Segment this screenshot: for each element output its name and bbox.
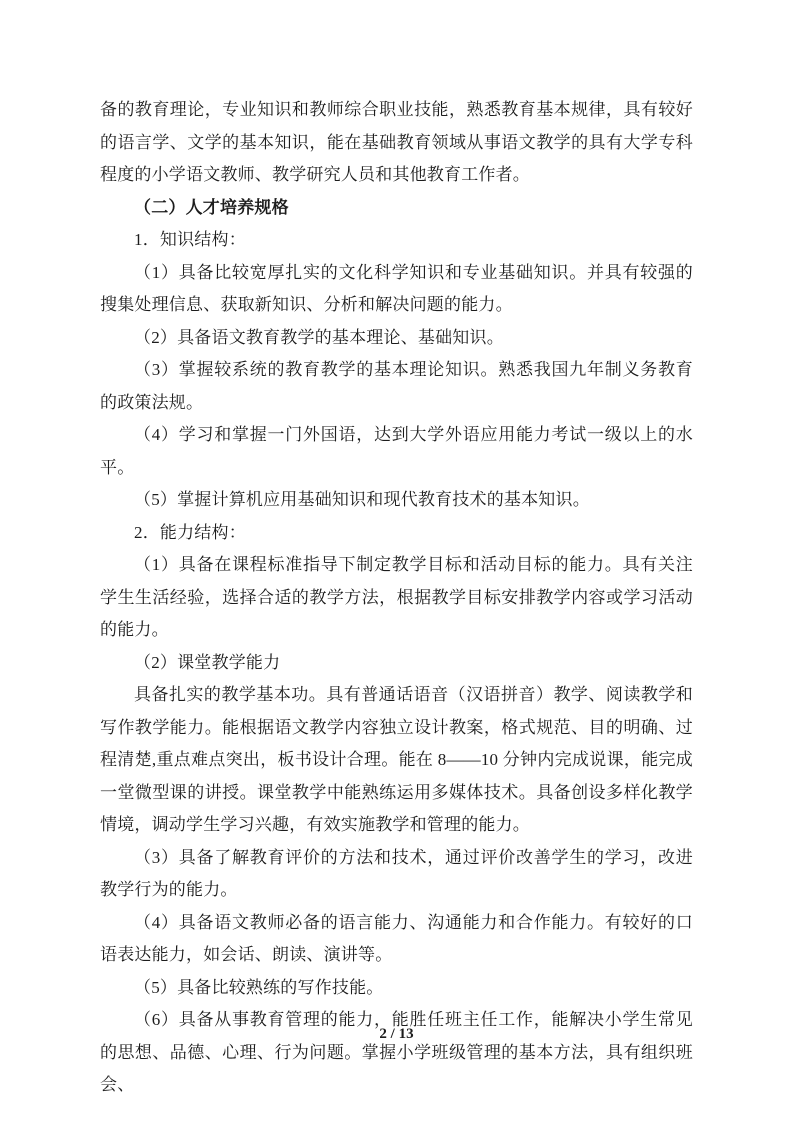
- paragraph: （6）具备从事教育管理的能力，能胜任班主任工作，能解决小学生常见的思想、品德、心…: [100, 1004, 693, 1102]
- paragraph: （2）课堂教学能力: [100, 647, 693, 680]
- paragraph: （2）具备语文教育教学的基本理论、基础知识。: [100, 322, 693, 355]
- section-heading: （二）人才培养规格: [100, 192, 693, 225]
- paragraph: 备的教育理论，专业知识和教师综合职业技能，熟悉教育基本规律，具有较好的语言学、文…: [100, 94, 693, 192]
- document-page: 备的教育理论，专业知识和教师综合职业技能，熟悉教育基本规律，具有较好的语言学、文…: [0, 0, 793, 1122]
- paragraph: （3）掌握较系统的教育教学的基本理论知识。熟悉我国九年制义务教育的政策法规。: [100, 354, 693, 419]
- paragraph: （4）具备语文教师必备的语言能力、沟通能力和合作能力。有较好的口语表达能力，如会…: [100, 907, 693, 972]
- paragraph: （4）学习和掌握一门外国语，达到大学外语应用能力考试一级以上的水平。: [100, 419, 693, 484]
- paragraph: （5）掌握计算机应用基础知识和现代教育技术的基本知识。: [100, 484, 693, 517]
- paragraph: （1）具备在课程标准指导下制定教学目标和活动目标的能力。具有关注学生生活经验，选…: [100, 549, 693, 647]
- paragraph: （3）具备了解教育评价的方法和技术，通过评价改善学生的学习，改进教学行为的能力。: [100, 842, 693, 907]
- paragraph: 具备扎实的教学基本功。具有普通话语音（汉语拼音）教学、阅读教学和写作教学能力。能…: [100, 679, 693, 842]
- paragraph: （1）具备比较宽厚扎实的文化科学知识和专业基础知识。并具有较强的搜集处理信息、获…: [100, 257, 693, 322]
- document-body: 备的教育理论，专业知识和教师综合职业技能，熟悉教育基本规律，具有较好的语言学、文…: [100, 94, 693, 1102]
- paragraph: 2．能力结构：: [100, 517, 693, 550]
- paragraph: 1．知识结构：: [100, 224, 693, 257]
- page-number: 2 / 13: [0, 1026, 793, 1043]
- paragraph: （5）具备比较熟练的写作技能。: [100, 972, 693, 1005]
